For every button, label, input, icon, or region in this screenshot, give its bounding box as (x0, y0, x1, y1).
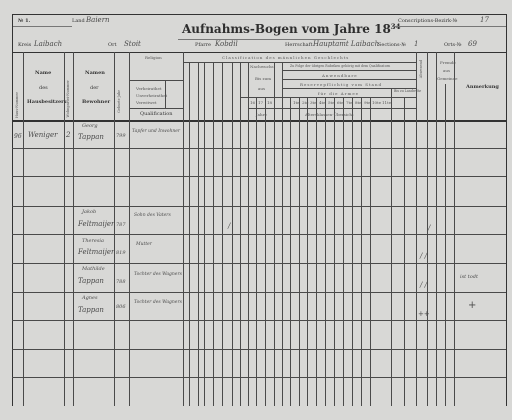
armee-2: 2te (302, 100, 309, 105)
row-line (12, 292, 506, 293)
col-line (307, 97, 308, 406)
header-subline (129, 80, 183, 81)
col-bis-zum: Bis zum (255, 76, 271, 81)
col-line (445, 84, 446, 406)
col-line (73, 52, 74, 406)
col-name-besitzer-1: Name (35, 70, 51, 76)
header-subline (240, 97, 416, 98)
col-fremde-3: Gemeinde (437, 76, 458, 81)
cell-vorname: Agnes (82, 295, 98, 301)
cell-anmerkung: ist todt (460, 274, 478, 280)
col-fuer-armee: für die Armee (318, 91, 359, 96)
col-name-bewohner-1: Namen (85, 70, 105, 76)
col-line (299, 97, 300, 406)
ort-label: Ort (108, 42, 117, 48)
col-anwendbare: Anwendbare (322, 73, 358, 78)
header-rule (12, 26, 72, 27)
armee-3: 3te (310, 100, 317, 105)
col-name-bewohner-2: der (90, 85, 99, 91)
col-line (404, 97, 405, 406)
orts-value: 69 (468, 40, 477, 48)
land-label: Land (72, 18, 85, 24)
col-abwesend: Abwesend (419, 60, 423, 78)
sheet-number: № 1. (18, 18, 30, 24)
col-fremde-1: Fremde (440, 60, 456, 65)
herrschaft-value: Hauptamt Laibach (313, 40, 379, 48)
cell-nachname: Feltmaijer (78, 220, 114, 228)
cell-qualification: Tapfer und Inwohner (132, 129, 180, 134)
cell-vorname: Jakob (82, 209, 96, 215)
classification-title: Classification des männlichen Geschlecht… (222, 55, 349, 60)
col-line (361, 97, 362, 406)
row-line (12, 349, 506, 350)
col-line (222, 62, 223, 406)
page-title: Aufnahms-Bogen vom Jahre 1834 (182, 22, 401, 36)
cell-nachname: Tappan (78, 277, 104, 285)
cell-jahr: 806 (116, 304, 126, 310)
row-line (12, 234, 506, 235)
col-religion: Religion (145, 55, 162, 60)
col-line (129, 52, 130, 406)
armee-10: 10te (372, 100, 381, 105)
cell-nachname: Feltmaijer (78, 248, 114, 256)
col-anmerkung: Anmerkung (466, 84, 499, 90)
kreis-label: Kreis (18, 42, 31, 48)
col-bis-landwehr: Bis zu Landwehr (394, 89, 421, 93)
land-value: Baiern (86, 16, 110, 24)
age-17: 17 (258, 100, 263, 105)
cell-anmerkung: + (468, 300, 476, 311)
col-line (454, 52, 455, 406)
sections-value: 1 (414, 40, 418, 48)
cell-qualification: Tochter des Wagners (134, 300, 182, 305)
age-16: 16 (250, 100, 255, 105)
col-fremde-2: aus (443, 68, 450, 73)
col-line (436, 52, 437, 406)
col-line (248, 62, 249, 406)
row-line (12, 206, 506, 207)
col-jahre: Jahre (256, 112, 267, 117)
col-nachwuchs: Nachwuchs (250, 64, 274, 69)
col-line (198, 62, 199, 406)
header-subline (129, 108, 183, 109)
col-haus-nummer: Haus-Nummer (15, 92, 19, 118)
cell-vorname: Georg (82, 123, 98, 129)
stand-unverheirathet: Unverheirathet (136, 93, 167, 98)
cell-jahr: 799 (116, 133, 126, 139)
armee-7: 7te (346, 100, 353, 105)
header-subline (282, 79, 416, 80)
cell-nachname: Tappan (78, 306, 104, 314)
row-line (12, 263, 506, 264)
col-line (204, 62, 205, 406)
header-subline (282, 70, 416, 71)
col-altersklasse: Altersklassen-Übersicht (305, 112, 354, 117)
kreis-value: Laibach (34, 40, 62, 48)
cell-qualification: Sohn des Vaters (134, 213, 171, 218)
cell-mark: ++ (418, 310, 430, 318)
col-line (189, 62, 190, 406)
cell-mark: / (228, 222, 230, 230)
cell-mark: / / (420, 281, 427, 289)
table-top-line (12, 52, 506, 53)
col-line (290, 97, 291, 406)
col-line (114, 52, 115, 406)
pfarre-value: Kobdil (215, 40, 238, 48)
cell-partei: 2 (66, 131, 70, 139)
cell-mark: / / (420, 252, 427, 260)
col-geburtsjahr: Geburts-Jahr (117, 90, 121, 113)
age-18: 18 (267, 100, 272, 105)
cell-haus: 96 (14, 133, 22, 140)
armee-6: 6te (337, 100, 344, 105)
herrschaft-label: Herrschaft (285, 42, 313, 48)
col-line (370, 97, 371, 406)
armee-8: 8te (355, 100, 362, 105)
col-line (232, 62, 233, 406)
col-line (256, 97, 257, 406)
conscription-value: 17 (480, 16, 489, 24)
col-line (240, 62, 241, 406)
col-line (352, 97, 353, 406)
row-line (12, 176, 506, 177)
cell-nachname: Tappan (78, 133, 104, 141)
col-qualification: Qualification (140, 111, 172, 117)
frame-top (12, 14, 506, 15)
col-line (274, 62, 275, 406)
conscription-label: Conscriptions-Bezirk-№ (398, 18, 457, 24)
census-sheet: № 1. Land Baiern Aufnahms-Bogen vom Jahr… (0, 0, 512, 420)
col-name-bewohner-3: Bewohner (82, 99, 110, 105)
armee-11: 11te (382, 100, 391, 105)
classification-underline (183, 62, 416, 63)
col-line (316, 97, 317, 406)
header-rule-right (392, 26, 506, 27)
armee-4: 4te (319, 100, 326, 105)
ort-value: Stoit (124, 40, 141, 48)
row-line (12, 148, 506, 149)
col-line (334, 97, 335, 406)
col-zum-waffen: Zu Folge der übrigen Rubriken gehörig mi… (290, 64, 390, 68)
col-line (343, 97, 344, 406)
stand-verheirathet: Verheirathet (136, 86, 161, 91)
col-wohnpartei: Wohnpartei-Nummer (66, 80, 70, 117)
cell-jahr: 787 (116, 222, 126, 228)
col-line (391, 88, 392, 406)
pfarre-label: Pfarre (195, 42, 211, 48)
orts-label: Orts-№ (444, 42, 462, 48)
col-line (282, 62, 283, 406)
armee-1: 1te (293, 100, 300, 105)
header-bottom-line (12, 120, 506, 122)
cell-vorname: Mathilde (82, 266, 105, 272)
col-line (183, 52, 184, 406)
col-line (64, 52, 65, 406)
armee-9: 9te (364, 100, 371, 105)
frame-right (506, 14, 507, 406)
col-line (23, 52, 24, 406)
col-line (325, 97, 326, 406)
col-line (416, 52, 417, 406)
cell-besitzer: Weniger (28, 131, 57, 139)
col-line (213, 62, 214, 406)
cell-qualification: Mutter (136, 242, 152, 247)
header-subline (248, 108, 416, 109)
cell-mark-right: / (428, 224, 430, 232)
col-name-besitzer-3: Hausbesitzers (27, 99, 67, 105)
col-name-besitzer-2: des (39, 85, 48, 91)
cell-vorname: Theresia (82, 238, 104, 244)
cell-qualification: Tochter des Wagners (134, 272, 182, 277)
cell-jahr: 788 (116, 279, 126, 285)
col-aus: aus (258, 86, 265, 91)
armee-5: 5te (328, 100, 335, 105)
sections-label: Sections-№ (378, 42, 406, 48)
col-line (265, 97, 266, 406)
frame-left (12, 14, 13, 406)
stand-verwitwet: Verwitwet (136, 100, 157, 105)
col-reserve: Reservepflichtig vom Stand (300, 82, 382, 87)
row-line (12, 377, 506, 378)
cell-jahr: 819 (116, 250, 126, 256)
row-line (12, 320, 506, 321)
